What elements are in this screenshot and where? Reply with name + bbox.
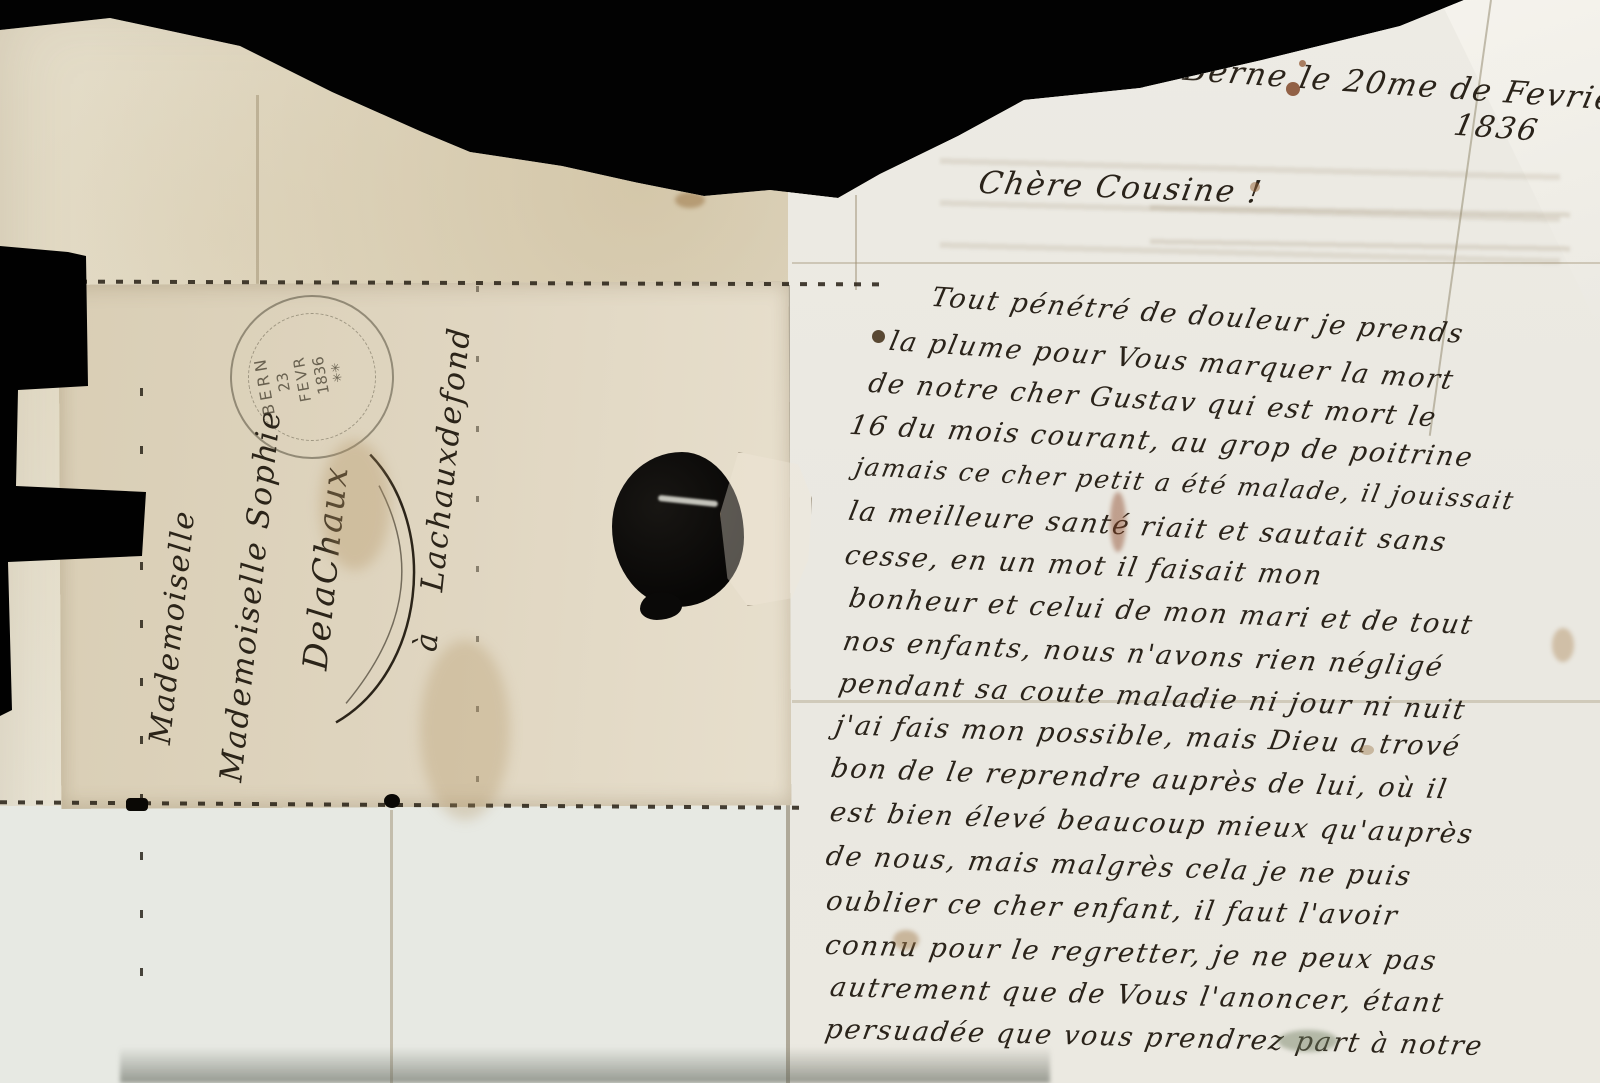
letter-sheet: Mademoiselle Mademoiselle Sophie DelaCha… [0,0,1600,1083]
stain [1110,492,1126,552]
stain [893,930,919,950]
letter-lower-left-panel [0,806,790,1083]
stain [872,330,885,343]
stain [1360,745,1374,755]
stain [1278,1030,1338,1052]
stain [1286,82,1300,96]
bottom-edge-shadow [120,1047,1050,1083]
fold-crease [256,95,259,285]
torn-paper-patch [720,452,812,606]
stitch-knot [126,798,148,811]
address-a: à [408,629,446,653]
stain [420,640,510,820]
stain [1552,628,1574,662]
fold-crease [855,195,857,290]
dateline-year: 1836 [1451,108,1543,148]
stain [1299,60,1306,67]
stain [320,440,390,570]
fold-crease [390,810,393,1083]
photo-background: Mademoiselle Mademoiselle Sophie DelaCha… [0,0,1600,1083]
stain [675,192,705,208]
stain [1250,182,1260,192]
